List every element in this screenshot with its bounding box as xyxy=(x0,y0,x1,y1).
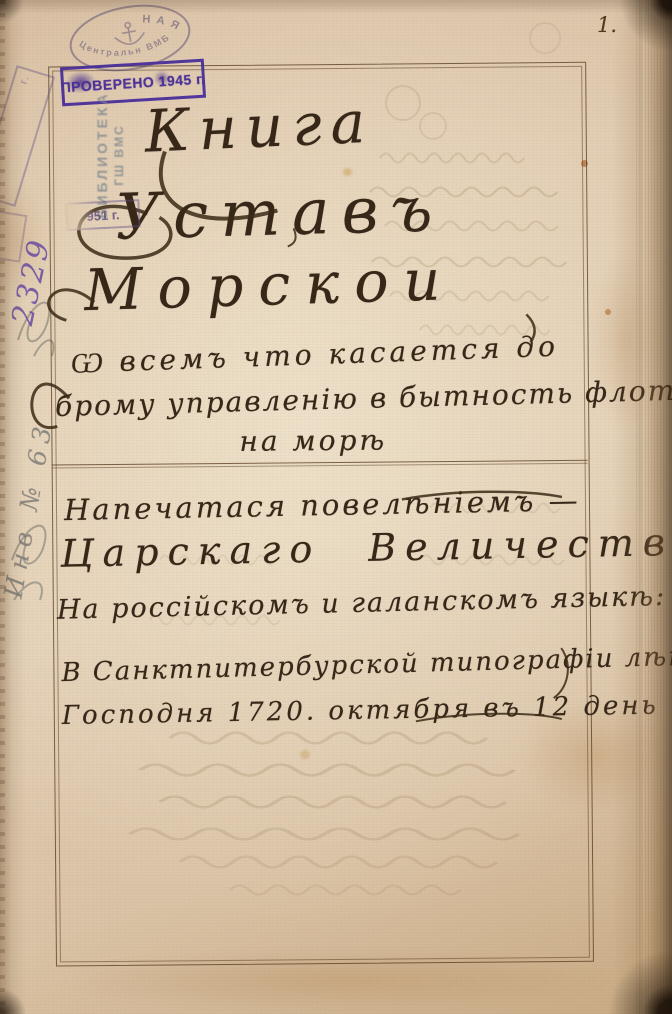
title-line-3: Морскои xyxy=(83,247,456,324)
title-line-2: Уставъ xyxy=(115,172,446,254)
year-fragment-text: 951 г. xyxy=(86,207,120,224)
faded-edge-stamp-text: г. xyxy=(18,73,32,86)
oval-stamp-bottom-text: Центральн ВМБ xyxy=(76,23,173,65)
library-stamp-line-2: ГШ ВМС xyxy=(112,124,126,186)
ink-smudge xyxy=(153,70,170,87)
year-fragment-stamp: 951 г. xyxy=(65,199,140,231)
title-line-1: Книга xyxy=(143,88,375,166)
folio-number: 1. xyxy=(597,13,617,37)
anchor-icon xyxy=(113,20,146,46)
library-stamp-line-1: БИБЛИОТЕКА xyxy=(94,91,110,218)
subtitle-line-3: на морѣ xyxy=(239,424,387,458)
manuscript-page-photo: Книга Уставъ Морскои Ѡ всемъ что касаетс… xyxy=(0,0,672,1014)
svg-text:Центральн ВМБ: Центральн ВМБ xyxy=(76,23,173,65)
